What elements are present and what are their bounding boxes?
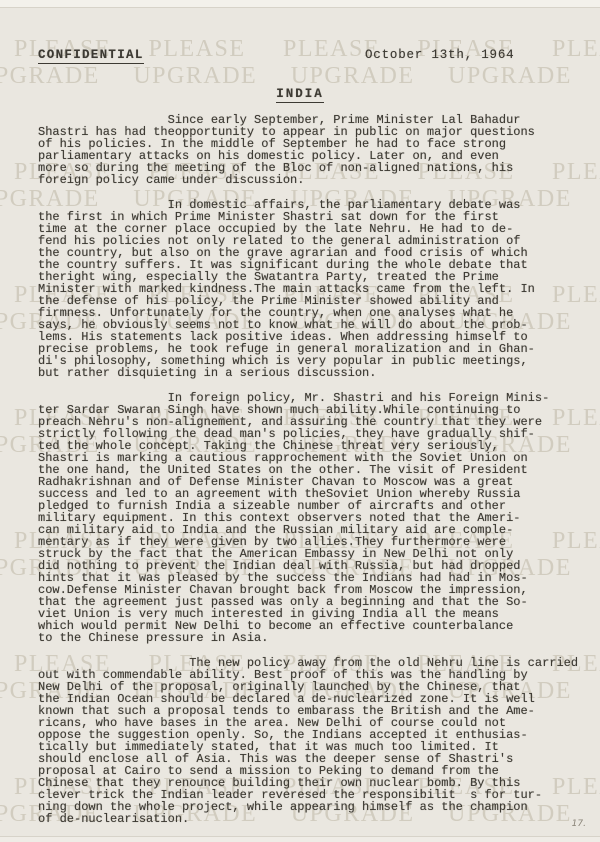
paper-top-edge (0, 0, 600, 8)
document-body: Since early September, Prime Minister La… (38, 114, 586, 838)
document-title: INDIA (276, 87, 324, 103)
document-title-row: INDIA (0, 84, 600, 102)
document-page: PLEASE PLEASE PLEASE PLEASE PLEASE UPGRA… (0, 0, 600, 842)
paper-bottom-edge (0, 836, 600, 842)
paragraph-3: In foreign policy, Mr. Shastri and his F… (38, 392, 586, 644)
typewritten-content: CONFIDENTIAL October 13th, 1964 INDIA Si… (0, 0, 600, 842)
document-date: October 13th, 1964 (365, 48, 514, 62)
paragraph-1: Since early September, Prime Minister La… (38, 114, 586, 186)
classification-stamp: CONFIDENTIAL (38, 48, 144, 64)
paragraph-4: The new policy away from the old Nehru l… (38, 657, 586, 825)
paragraph-2: In domestic affairs, the parliamentary d… (38, 199, 586, 379)
page-number-pencil-mark: 17. (572, 819, 586, 829)
